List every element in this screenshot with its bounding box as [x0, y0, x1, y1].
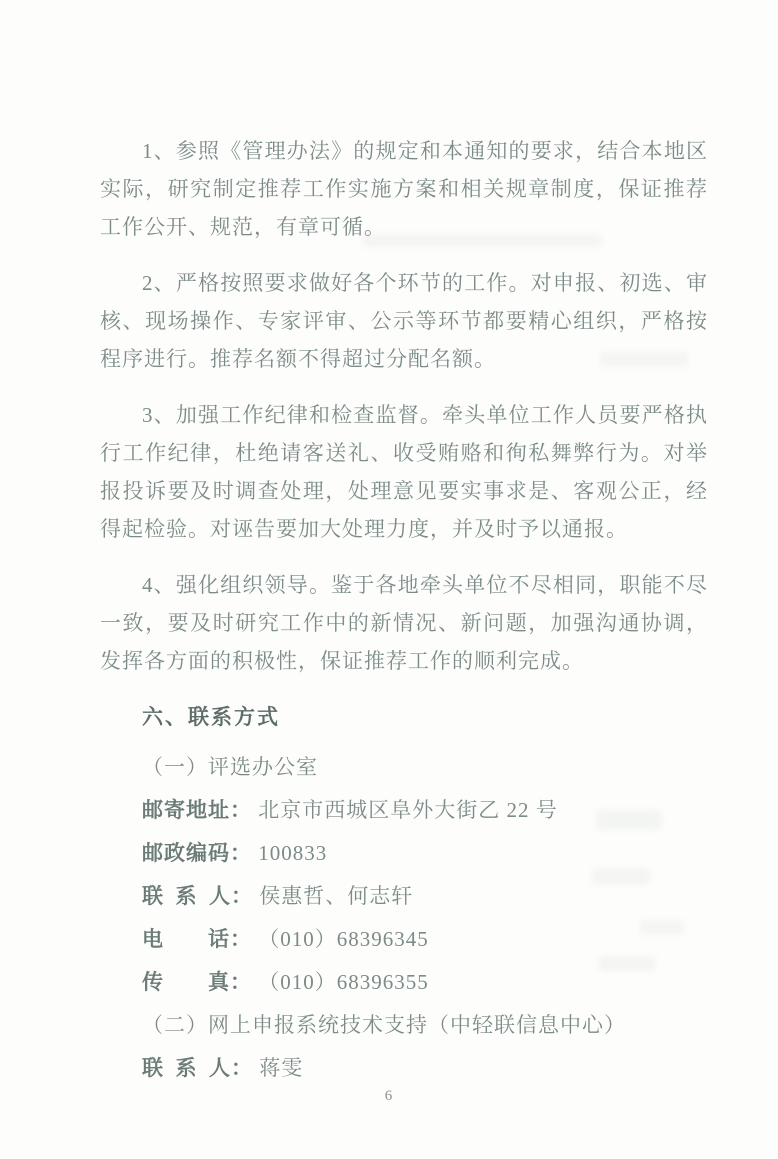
office-persons-label: 联 系 人： — [142, 884, 253, 908]
contact-line-postal-code: 邮政编码： 100833 — [100, 832, 708, 875]
fax-value: （010）68396355 — [258, 970, 429, 994]
paragraph-4: 4、强化组织领导。鉴于各地牵头单位不尽相同，职能不尽一致，要及时研究工作中的新情… — [100, 566, 708, 680]
scanned-document-page: 1、参照《管理办法》的规定和本通知的要求，结合本地区实际，研究制定推荐工作实施方… — [0, 0, 778, 1159]
postal-code-label: 邮政编码： — [142, 841, 252, 865]
paragraph-1: 1、参照《管理办法》的规定和本通知的要求，结合本地区实际，研究制定推荐工作实施方… — [100, 132, 708, 246]
page-number: 6 — [0, 1088, 778, 1105]
section-heading-contact: 六、联系方式 — [100, 698, 708, 736]
mail-address-label: 邮寄地址： — [142, 798, 252, 822]
contact-line-fax: 传 真： （010）68396355 — [100, 961, 708, 1004]
subsection-heading-office: （一）评选办公室 — [100, 746, 708, 789]
paragraph-2: 2、严格按照要求做好各个环节的工作。对申报、初选、审核、现场操作、专家评审、公示… — [100, 264, 708, 378]
contact-line-phone: 电 话： （010）68396345 — [100, 918, 708, 961]
contact-line-mail-address: 邮寄地址： 北京市西城区阜外大街乙 22 号 — [100, 789, 708, 832]
fax-label: 传 真： — [142, 970, 252, 994]
contact-line-office-persons: 联 系 人： 侯惠哲、何志轩 — [100, 875, 708, 918]
tech-person-value: 蒋雯 — [259, 1056, 303, 1080]
subsection-heading-tech-support: （二）网上申报系统技术支持（中轻联信息中心） — [100, 1004, 708, 1047]
contact-line-tech-person: 联 系 人： 蒋雯 — [100, 1047, 708, 1090]
mail-address-value: 北京市西城区阜外大街乙 22 号 — [258, 798, 558, 822]
paragraph-3: 3、加强工作纪律和检查监督。牵头单位工作人员要严格执行工作纪律，杜绝请客送礼、收… — [100, 396, 708, 548]
tech-person-label: 联 系 人： — [142, 1056, 253, 1080]
phone-label: 电 话： — [142, 927, 252, 951]
postal-code-value: 100833 — [258, 841, 327, 865]
office-persons-value: 侯惠哲、何志轩 — [259, 884, 413, 908]
phone-value: （010）68396345 — [258, 927, 429, 951]
document-body: 1、参照《管理办法》的规定和本通知的要求，结合本地区实际，研究制定推荐工作实施方… — [100, 132, 708, 1090]
